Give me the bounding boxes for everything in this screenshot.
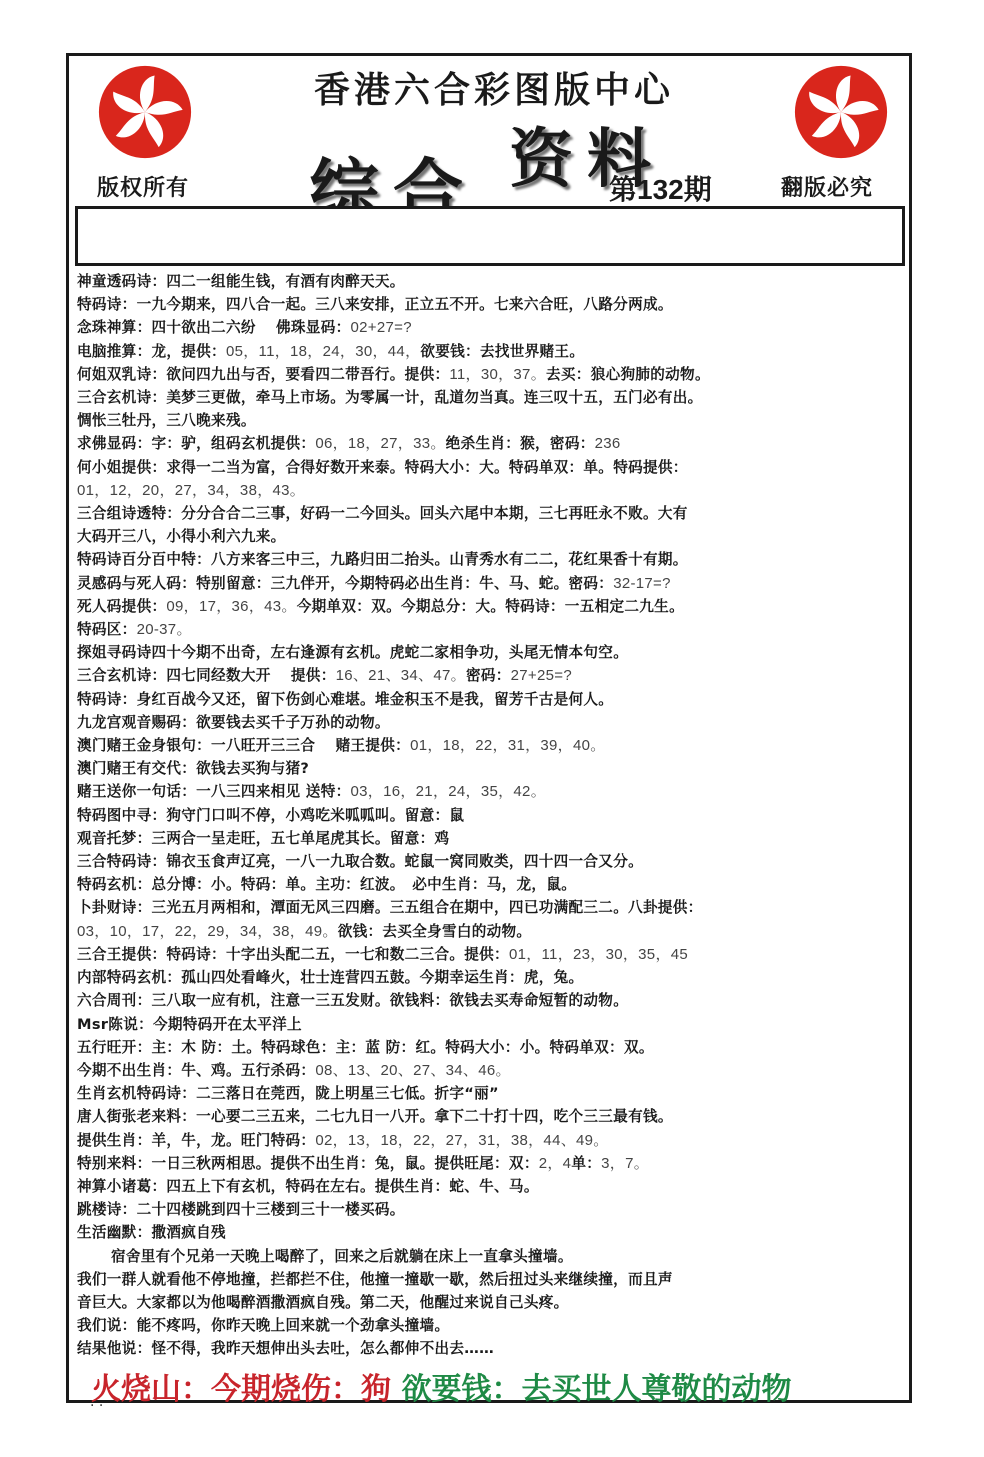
line-tail: 去买：狼心狗肺的动物。 [546, 366, 710, 383]
text-line: 跳楼诗：二十四楼跳到四十三楼到三十一楼买码。 [77, 1198, 907, 1221]
text-line: 三合玄机诗：美梦三更做，牵马上市场。为零属一计，乱道勿当真。连三叹十五，五门必有… [77, 386, 907, 409]
line-numbers: 3，7。 [601, 1155, 649, 1172]
line-label: 内部特码玄机： [77, 969, 181, 986]
document-frame: 香港六合彩图版中心 综合 资料 第132期 版权所有 翻版必究 神童透码诗：四二… [66, 53, 912, 1403]
line-label: 澳门赌王金身银句： [77, 737, 211, 754]
line-text: 特码诗：十字出头配二五，一七和数二三合。提供： [166, 946, 509, 963]
text-line: 我们一群人就看他不停地撞，拦都拦不住，他撞一撞歇一歇，然后扭过头来继续撞，而且声 [77, 1268, 907, 1291]
line-numbers: 01，11，23，30，35，45 [509, 946, 688, 963]
line-text: 锦衣玉食声辽亮，一八一九取合数。蛇鼠一窝同败类，四十四一合又分。 [166, 853, 643, 870]
text-line: 特码诗：身红百战今又还，留下伤剑心难堪。堆金积玉不是我，留芳千古是何人。 [77, 688, 907, 711]
line-text: 四十今期不出奇，左右逢源有玄机。虎蛇二家相争功，头尾无情本句空。 [151, 644, 628, 661]
line-tail: 欲钱：去买全身雪白的动物。 [338, 923, 532, 940]
line-text: 羊，牛，龙。旺门特码： [151, 1132, 315, 1149]
line-label: 求佛显码： [77, 435, 151, 452]
content-body: 神童透码诗：四二一组能生钱，有酒有肉醉天天。特码诗：一九今期来，四八合一起。三八… [77, 270, 907, 1361]
line-text: 四十欲出二六纷 佛珠显码： [151, 319, 350, 336]
line-label: 三合玄机诗： [77, 389, 166, 406]
line-numbers: 05，11，18，24，30，44， [226, 343, 420, 360]
line-label: 结果他说： [77, 1340, 151, 1357]
footer-banner: 火烧山：今期烧伤：狗 欲要钱：去买世人尊敬的动物 [91, 1364, 791, 1408]
line-text: 身红百战今又还，留下伤剑心难堪。堆金积玉不是我，留芳千古是何人。 [137, 691, 614, 708]
line-text: 特别留意：三九伴开，今期特码必出生肖：牛、马、蛇。密码： [196, 575, 613, 592]
blank-banner-box [75, 206, 905, 266]
line-text: 总分博：小。特码：单。主功：红波。 必中生肖：马，龙，鼠。 [151, 876, 576, 893]
line-numbers: 09，17，36，43。 [166, 598, 296, 615]
text-line: 卜卦财诗：三光五月两相和，潭面无风三四磨。三五组合在期中，四已功满配三二。八卦提… [77, 896, 907, 919]
line-text: 音巨大。大家都以为他喝醉酒撒酒疯自残。第二天，他醒过来说自己头疼。 [77, 1294, 569, 1311]
line-label: 死人码提供： [77, 598, 166, 615]
text-line: 01，12，20，27，34，38，43。 [77, 479, 907, 502]
text-line: 宿舍里有个兄弟一天晚上喝醉了，回来之后就躺在床上一直拿头撞墙。 [77, 1245, 907, 1268]
line-numbers: 08、13、20、27、34、46。 [315, 1062, 511, 1079]
stray-dots: · · [90, 1398, 103, 1414]
issue-number: 第132期 [609, 168, 712, 208]
line-numbers: 11，30，37。 [449, 366, 546, 383]
line-text: 一心要二三五来，二七九日一八开。拿下二十打十四，吃个三三最有钱。 [196, 1108, 673, 1125]
text-line: 结果他说：怪不得，我昨天想伸出头去吐，怎么都伸不出去…… [77, 1337, 907, 1360]
line-label: 卜卦财诗： [77, 899, 151, 916]
line-text: 三光五月两相和，潭面无风三四磨。三五组合在期中，四已功满配三二。八卦提供： [151, 899, 702, 916]
footer-green-text: 欲要钱：去买世人尊敬的动物 [401, 1372, 791, 1407]
line-text: 四二一组能生钱，有酒有肉醉天天。 [166, 273, 404, 290]
text-line: 生肖玄机特码诗：二三落日在莞西，陇上明星三七低。折字“丽” [77, 1082, 907, 1105]
line-text: 狗守门口叫不停，小鸡吃米呱呱叫。留意：鼠 [166, 807, 464, 824]
line-text: 牛、鸡。五行杀码： [181, 1062, 315, 1079]
line-label: 灵感码与死人码： [77, 575, 196, 592]
line-label: 唐人街张老来料： [77, 1108, 196, 1125]
text-line: 何小姐提供：求得一二当为富，合得好数开来泰。特码大小：大。特码单双：单。特码提供… [77, 456, 907, 479]
text-line: 大码开三八，小得小利六九来。 [77, 525, 907, 548]
line-text: 求得一二当为富，合得好数开来泰。特码大小：大。特码单双：单。特码提供： [166, 459, 687, 476]
text-line: 念珠神算：四十欲出二六纷 佛珠显码：02+27=? [77, 316, 907, 339]
line-text: 大码开三八，小得小利六九来。 [77, 528, 286, 545]
text-line: 特码诗百分百中特：八方来客三中三，九路归田二抬头。山青秀水有二二，花红果香十有期… [77, 548, 907, 571]
line-text: 二十四楼跳到四十三楼到三十一楼买码。 [137, 1201, 405, 1218]
line-label: 特码诗： [77, 691, 137, 708]
line-text: 主：木 防：土。特码球色：主：蓝 防：红。特码大小：小。特码单双：双。 [151, 1039, 653, 1056]
line-label: 特码区： [77, 621, 137, 638]
text-line: 三合特码诗：锦衣玉食声辽亮，一八一九取合数。蛇鼠一窝同败类，四十四一合又分。 [77, 850, 907, 873]
line-numbers: 32-17=? [613, 575, 671, 592]
text-line: 六合周刊：三八取一应有机，注意一三五发财。欲钱料：欲钱去买寿命短暂的动物。 [77, 989, 907, 1012]
text-line: 今期不出生肖：牛、鸡。五行杀码：08、13、20、27、34、46。 [77, 1059, 907, 1082]
line-tail: 绝杀生肖：猴，密码： [446, 435, 595, 452]
line-text: 三两合一呈走旺，五七单尾虎其长。留意：鸡 [151, 830, 449, 847]
copyright-label: 版权所有 [97, 171, 189, 202]
line-tail: 密码： [466, 667, 511, 684]
bauhinia-emblem-icon [793, 64, 889, 160]
line-numbers: 236 [595, 435, 621, 452]
text-line: Msr陈说：今期特码开在太平洋上 [77, 1013, 907, 1036]
line-text: 字：驴，组码玄机提供： [151, 435, 315, 452]
line-text: 撒酒疯自残 [151, 1224, 225, 1241]
text-line: 电脑推算：龙，提供：05，11，18，24，30，44，欲要钱：去找世界赌王。 [77, 340, 907, 363]
line-label: 观音托梦： [77, 830, 151, 847]
line-text: 四七同经数大开 提供： [166, 667, 335, 684]
text-line: 特码区：20-37。 [77, 618, 907, 641]
text-line: 灵感码与死人码：特别留意：三九伴开，今期特码必出生肖：牛、马、蛇。密码：32-1… [77, 572, 907, 595]
text-line: 五行旺开：主：木 防：土。特码球色：主：蓝 防：红。特码大小：小。特码单双：双。 [77, 1036, 907, 1059]
line-label: 念珠神算： [77, 319, 151, 336]
line-numbers: 02，13，18，22，27，31，38，44、49。 [315, 1132, 608, 1149]
line-label: 五行旺开： [77, 1039, 151, 1056]
line-text: 能不疼吗，你昨天晚上回来就一个劲拿头撞墙。 [137, 1317, 450, 1334]
text-line: 神算小诸葛：四五上下有玄机，特码在左右。提供生肖：蛇、牛、马。 [77, 1175, 907, 1198]
line-label: 特码诗： [77, 296, 137, 313]
text-line: 三合组诗透特：分分合合二三事，好码一二今回头。回头六尾中本期，三七再旺永不败。大… [77, 502, 907, 525]
line-label: 三合王提供： [77, 946, 166, 963]
line-numbers: 2，4 [539, 1155, 572, 1172]
line-label: 六合周刊： [77, 992, 151, 1009]
line-text: 一八三四来相见 送特： [196, 783, 350, 800]
line-label: 我们说： [77, 1317, 137, 1334]
text-line: 特码玄机：总分博：小。特码：单。主功：红波。 必中生肖：马，龙，鼠。 [77, 873, 907, 896]
line-label: 九龙宫观音赐码： [77, 714, 196, 731]
line-tail: 单： [571, 1155, 601, 1172]
line-text: 孤山四处看峰火，壮士连营四五鼓。今期幸运生肖：虎，兔。 [181, 969, 583, 986]
line-numbers: 02+27=? [351, 319, 412, 336]
text-line: 提供生肖：羊，牛，龙。旺门特码：02，13，18，22，27，31，38，44、… [77, 1129, 907, 1152]
text-line: 死人码提供：09，17，36，43。今期单双：双。今期总分：大。特码诗：一五相定… [77, 595, 907, 618]
text-line: 惆怅三牡丹，三八晚来残。 [77, 409, 907, 432]
line-text: 欲要钱去买千子万孙的动物。 [196, 714, 390, 731]
text-line: 03，10，17，22，29，34，38，49。欲钱：去买全身雪白的动物。 [77, 920, 907, 943]
line-label: 提供生肖： [77, 1132, 151, 1149]
line-text: 今期特码开在太平洋上 [153, 1016, 302, 1033]
text-line: 求佛显码：字：驴，组码玄机提供：06，18，27，33。绝杀生肖：猴，密码：23… [77, 432, 907, 455]
line-label: 赌王送你一句话： [77, 783, 196, 800]
line-tail: 欲要钱：去找世界赌王。 [420, 343, 584, 360]
text-line: 九龙宫观音赐码：欲要钱去买千子万孙的动物。 [77, 711, 907, 734]
line-text: 欲钱去买狗与猪? [196, 760, 309, 777]
text-line: 赌王送你一句话：一八三四来相见 送特：03，16，21，24，35，42。 [77, 780, 907, 803]
footer-red-text: 火烧山：今期烧伤：狗 [91, 1372, 391, 1407]
line-label: Msr陈说： [77, 1016, 153, 1033]
line-label: 三合组诗透特： [77, 505, 181, 522]
text-line: 特码图中寻：狗守门口叫不停，小鸡吃米呱呱叫。留意：鼠 [77, 804, 907, 827]
text-line: 特别来料：一日三秋两相思。提供不出生肖：兔，鼠。提供旺尾：双：2，4单：3，7。 [77, 1152, 907, 1175]
line-label: 何姐双乳诗： [77, 366, 166, 383]
line-text: 欲问四九出与否，要看四二带吾行。提供： [166, 366, 449, 383]
line-numbers: 03，10，17，22，29，34，38，49。 [77, 923, 338, 940]
line-text: 美梦三更做，牵马上市场。为零属一计，乱道勿当真。连三叹十五，五门必有出。 [166, 389, 702, 406]
line-text: 惆怅三牡丹，三八晚来残。 [77, 412, 256, 429]
line-label: 跳楼诗： [77, 1201, 137, 1218]
text-line: 澳门赌王金身银句：一八旺开三三合 赌王提供：01，18，22，31，39，40。 [77, 734, 907, 757]
line-label: 特别来料： [77, 1155, 151, 1172]
text-line: 何姐双乳诗：欲问四九出与否，要看四二带吾行。提供：11，30，37。去买：狼心狗… [77, 363, 907, 386]
text-line: 三合王提供：特码诗：十字出头配二五，一七和数二三合。提供：01，11，23，30… [77, 943, 907, 966]
line-label: 生活幽默： [77, 1224, 151, 1241]
text-line: 神童透码诗：四二一组能生钱，有酒有肉醉天天。 [77, 270, 907, 293]
text-line: 唐人街张老来料：一心要二三五来，二七九日一八开。拿下二十打十四，吃个三三最有钱。 [77, 1105, 907, 1128]
line-label: 特码诗百分百中特： [77, 551, 211, 568]
line-numbers: 27+25=? [511, 667, 572, 684]
line-label: 生肖玄机特码诗： [77, 1085, 196, 1102]
text-line: 探姐寻码诗四十今期不出奇，左右逢源有玄机。虎蛇二家相争功，头尾无情本句空。 [77, 641, 907, 664]
line-text: 一九今期来，四八合一起。三八来安排，正立五不开。七来六合旺，八路分两成。 [137, 296, 673, 313]
line-label: 今期不出生肖： [77, 1062, 181, 1079]
line-text: 龙，提供： [151, 343, 225, 360]
line-text: 一日三秋两相思。提供不出生肖：兔，鼠。提供旺尾：双： [151, 1155, 538, 1172]
line-label: 三合特码诗： [77, 853, 166, 870]
line-text: 四五上下有玄机，特码在左右。提供生肖：蛇、牛、马。 [166, 1178, 538, 1195]
text-line: 观音托梦：三两合一呈走旺，五七单尾虎其长。留意：鸡 [77, 827, 907, 850]
line-text: 三八取一应有机，注意一三五发财。欲钱料：欲钱去买寿命短暂的动物。 [151, 992, 628, 1009]
line-numbers: 01，12，20，27，34，38，43。 [77, 482, 305, 499]
text-line: 生活幽默：撒酒疯自残 [77, 1221, 907, 1244]
text-line: 内部特码玄机：孤山四处看峰火，壮士连营四五鼓。今期幸运生肖：虎，兔。 [77, 966, 907, 989]
bauhinia-emblem-icon [97, 64, 193, 160]
line-numbers: 01，18，22，31，39，40。 [410, 737, 606, 754]
line-label: 澳门赌王有交代： [77, 760, 196, 777]
line-text: 二三落日在莞西，陇上明星三七低。折字“丽” [196, 1085, 499, 1102]
text-line: 特码诗：一九今期来，四八合一起。三八来安排，正立五不开。七来六合旺，八路分两成。 [77, 293, 907, 316]
text-line: 三合玄机诗：四七同经数大开 提供：16、21、34、47。密码：27+25=? [77, 664, 907, 687]
line-tail: 今期单双：双。今期总分：大。特码诗：一五相定二九生。 [297, 598, 684, 615]
line-label: 何小姐提供： [77, 459, 166, 476]
line-text: 怪不得，我昨天想伸出头去吐，怎么都伸不出去…… [151, 1340, 494, 1357]
text-line: 音巨大。大家都以为他喝醉酒撒酒疯自残。第二天，他醒过来说自己头疼。 [77, 1291, 907, 1314]
piracy-warning-label: 翻版必究 [781, 171, 873, 202]
publisher-title: 香港六合彩图版中心 [249, 62, 739, 113]
text-line: 澳门赌王有交代：欲钱去买狗与猪? [77, 757, 907, 780]
line-label: 电脑推算： [77, 343, 151, 360]
line-numbers: 16、21、34、47。 [336, 667, 466, 684]
line-text: 一八旺开三三合 赌王提供： [211, 737, 410, 754]
line-text: 分分合合二三事，好码一二今回头。回头六尾中本期，三七再旺永不败。大有 [181, 505, 687, 522]
line-label: 特码玄机： [77, 876, 151, 893]
line-label: 神童透码诗： [77, 273, 166, 290]
line-label: 三合玄机诗： [77, 667, 166, 684]
line-label: 神算小诸葛： [77, 1178, 166, 1195]
line-text: 我们一群人就看他不停地撞，拦都拦不住，他撞一撞歇一歇，然后扭过头来继续撞，而且声 [77, 1271, 673, 1288]
line-label: 探姐寻码诗 [77, 644, 151, 661]
line-label: 特码图中寻： [77, 807, 166, 824]
line-numbers: 03，16，21，24，35，42。 [350, 783, 546, 800]
line-numbers: 20-37。 [137, 621, 192, 638]
line-numbers: 06，18，27，33。 [315, 435, 445, 452]
line-text: 宿舍里有个兄弟一天晚上喝醉了，回来之后就躺在床上一直拿头撞墙。 [111, 1248, 573, 1265]
text-line: 我们说：能不疼吗，你昨天晚上回来就一个劲拿头撞墙。 [77, 1314, 907, 1337]
line-text: 八方来客三中三，九路归田二抬头。山青秀水有二二，花红果香十有期。 [211, 551, 688, 568]
